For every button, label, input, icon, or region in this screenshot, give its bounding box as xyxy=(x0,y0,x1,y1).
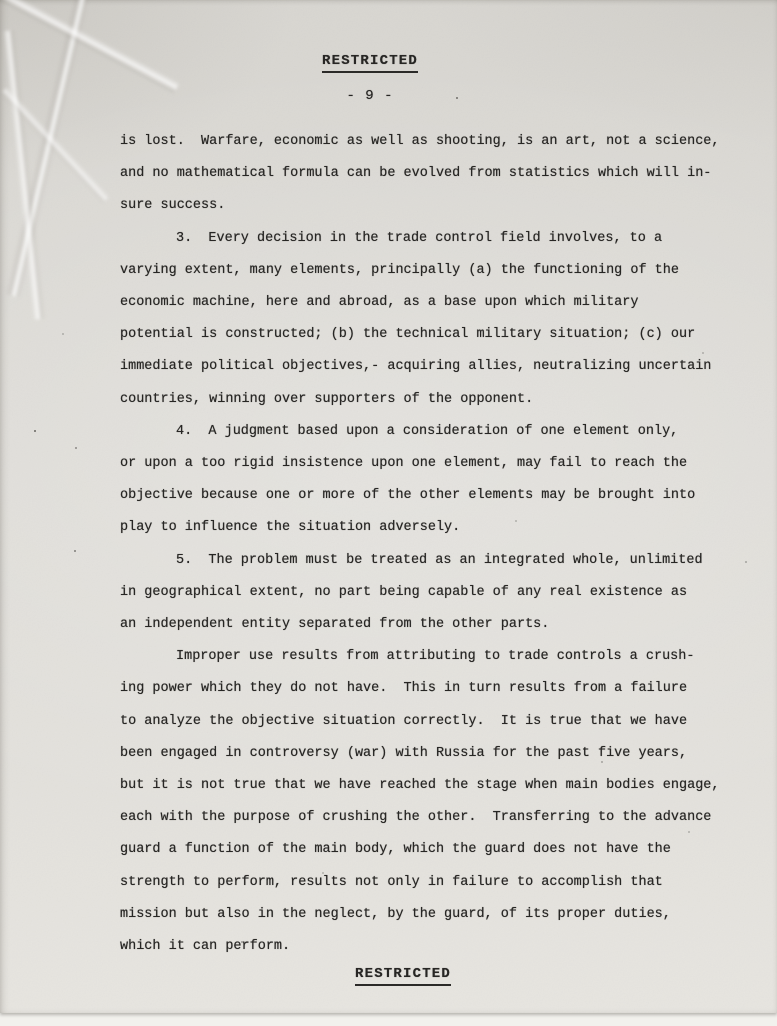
text-line: been engaged in controversy (war) with R… xyxy=(120,738,740,770)
text-line: or upon a too rigid insistence upon one … xyxy=(120,448,740,480)
text-line: economic machine, here and abroad, as a … xyxy=(120,287,740,319)
text-line: play to influence the situation adversel… xyxy=(120,512,740,544)
paper-crease xyxy=(0,87,110,204)
text-line: strength to perform, results not only in… xyxy=(120,867,740,899)
paper-crease xyxy=(5,0,95,298)
paper-crease xyxy=(3,30,45,320)
dust-specks xyxy=(0,0,2,2)
text-line: varying extent, many elements, principal… xyxy=(120,255,740,287)
text-line: mission but also in the neglect, by the … xyxy=(120,899,740,931)
text-line: ing power which they do not have. This i… xyxy=(120,673,740,705)
text-line: potential is constructed; (b) the techni… xyxy=(120,319,740,351)
text-line: 5. The problem must be treated as an int… xyxy=(120,545,740,577)
text-line: guard a function of the main body, which… xyxy=(120,834,740,866)
text-line: which it can perform. xyxy=(120,931,740,963)
text-line: and no mathematical formula can be evolv… xyxy=(120,158,740,190)
text-line: countries, winning over supporters of th… xyxy=(120,384,740,416)
text-line: sure success. xyxy=(120,190,740,222)
text-line: 3. Every decision in the trade control f… xyxy=(120,223,740,255)
text-line: Improper use results from attributing to… xyxy=(120,641,740,673)
text-line: to analyze the objective situation corre… xyxy=(120,706,740,738)
text-line: each with the purpose of crushing the ot… xyxy=(120,802,740,834)
text-line: 4. A judgment based upon a consideration… xyxy=(120,416,740,448)
text-line: an independent entity separated from the… xyxy=(120,609,740,641)
text-line: immediate political objectives,- acquiri… xyxy=(120,351,740,383)
text-line: in geographical extent, no part being ca… xyxy=(120,577,740,609)
text-line: but it is not true that we have reached … xyxy=(120,770,740,802)
document-body: is lost. Warfare, economic as well as sh… xyxy=(120,126,740,963)
classification-footer: RESTRICTED xyxy=(355,966,451,986)
paper-sheet: RESTRICTED - 9 - is lost. Warfare, econo… xyxy=(0,0,777,1013)
text-line: objective because one or more of the oth… xyxy=(120,480,740,512)
text-line: is lost. Warfare, economic as well as sh… xyxy=(120,126,740,158)
scanned-page: RESTRICTED - 9 - is lost. Warfare, econo… xyxy=(0,0,777,1026)
page-number: - 9 - xyxy=(346,88,393,104)
classification-header: RESTRICTED xyxy=(322,53,418,73)
paper-crease xyxy=(0,0,180,94)
